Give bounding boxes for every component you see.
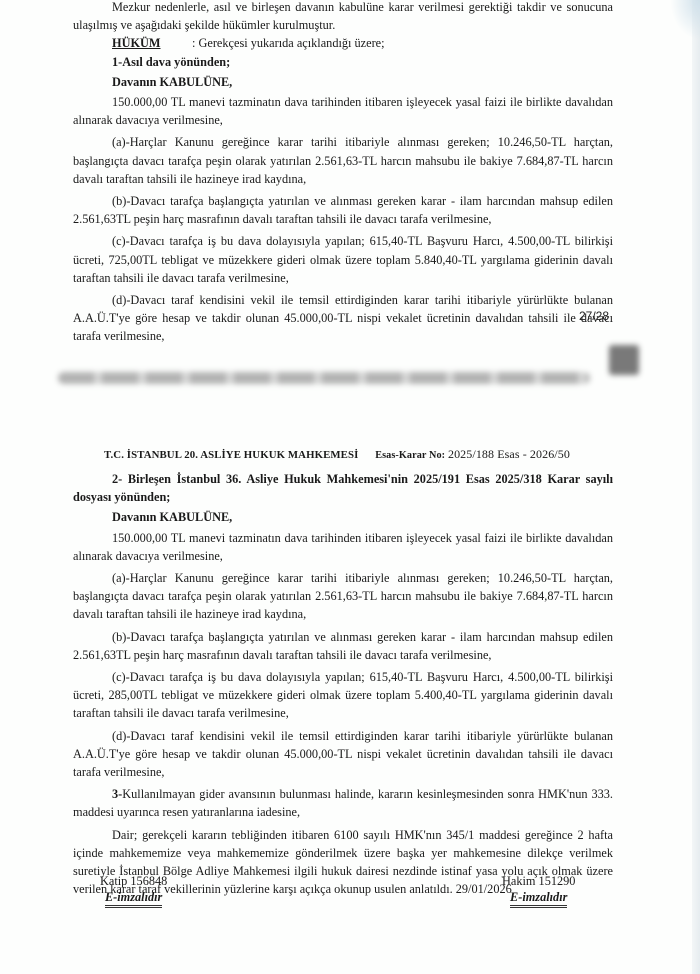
clerk-signature-block: Katip 156848 E-imzalıdır: [100, 873, 167, 908]
hukum-label: HÜKÜM: [112, 34, 192, 52]
case-no-label: Esas-Karar No:: [375, 450, 445, 461]
court-header: T.C. İSTANBUL 20. ASLİYE HUKUK MAHKEMESİ…: [104, 447, 570, 462]
viewer-edge: [692, 0, 700, 974]
item-d-2: (d)-Davacı taraf kendisini vekil ile tem…: [73, 727, 613, 782]
intro-paragraph: Mezkur nedenlerle, asıl ve birleşen dava…: [73, 0, 613, 34]
item-b-2: (b)-Davacı tarafça başlangıçta yatırılan…: [73, 628, 613, 664]
blurred-footer: [58, 372, 590, 384]
compensation-1: 150.000,00 TL manevi tazminatın dava tar…: [73, 93, 613, 129]
item-3-number: 3-: [112, 787, 122, 801]
judge-signature-block: Hakim 151290 E-imzalıdır: [502, 873, 575, 908]
judge-e-signature: E-imzalıdır: [510, 889, 567, 908]
acceptance-2: Davanın KABULÜNE,: [73, 508, 613, 526]
acceptance-1: Davanın KABULÜNE,: [73, 73, 613, 91]
blurred-qr-code: [609, 345, 639, 375]
item-b-1: (b)-Davacı tarafça başlangıçta yatırılan…: [73, 192, 613, 228]
clerk-title: Katip 156848: [100, 873, 167, 889]
court-name: T.C. İSTANBUL 20. ASLİYE HUKUK MAHKEMESİ: [104, 449, 358, 461]
hukum-text: : Gerekçesi yukarıda açıklandığı üzere;: [192, 36, 385, 50]
judge-title: Hakim 151290: [502, 873, 575, 889]
section-1-title: 1-Asıl dava yönünden;: [73, 53, 613, 71]
compensation-2: 150.000,00 TL manevi tazminatın dava tar…: [73, 529, 613, 565]
clerk-e-signature: E-imzalıdır: [105, 889, 162, 908]
page-27-content: Mezkur nedenlerle, asıl ve birleşen dava…: [73, 0, 613, 346]
page-28-content: 2- Birleşen İstanbul 36. Asliye Hukuk Ma…: [73, 470, 613, 898]
hukum-line: HÜKÜM: Gerekçesi yukarıda açıklandığı üz…: [73, 34, 613, 52]
section-2-title: 2- Birleşen İstanbul 36. Asliye Hukuk Ma…: [73, 470, 613, 506]
item-c-2: (c)-Davacı tarafça iş bu dava dolayısıyl…: [73, 668, 613, 723]
case-no-value: 2025/188 Esas - 2026/50: [448, 447, 570, 461]
item-3-text: Kullanılmayan gider avansının bulunması …: [73, 787, 613, 819]
page-number: 27/28: [579, 309, 609, 323]
item-a-2: (a)-Harçlar Kanunu gereğince karar tarih…: [73, 569, 613, 624]
item-a-1: (a)-Harçlar Kanunu gereğince karar tarih…: [73, 133, 613, 188]
item-d-1: (d)-Davacı taraf kendisini vekil ile tem…: [73, 291, 613, 346]
item-c-1: (c)-Davacı tarafça iş bu dava dolayısıyl…: [73, 232, 613, 287]
item-3: 3-Kullanılmayan gider avansının bulunmas…: [73, 785, 613, 821]
viewer-corner-shade: [670, 0, 700, 40]
